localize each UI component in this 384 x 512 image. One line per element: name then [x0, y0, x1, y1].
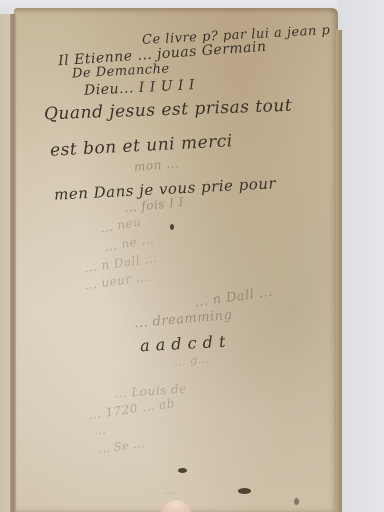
handwritten-line: ... Louis de	[114, 381, 188, 400]
book-gutter	[10, 14, 16, 512]
handwritten-line: ... ne ...	[103, 232, 155, 255]
ink-blot	[238, 488, 251, 494]
handwritten-line: ... 1720 ... ab	[87, 396, 175, 422]
ink-blot	[178, 468, 187, 473]
handwritten-line: ... g...	[173, 352, 210, 369]
background-surface-right	[338, 0, 384, 512]
handwritten-line: ...	[164, 486, 175, 497]
handwritten-line: ... n Dall ...	[193, 285, 273, 311]
handwritten-line: a a d c d t	[140, 332, 227, 355]
handwritten-line: Quand jesus est prisas tout	[44, 96, 293, 125]
ink-blot	[294, 498, 299, 505]
handwritten-line: est bon et uni merci	[50, 131, 234, 161]
handwritten-line: ... dreamming	[134, 308, 233, 332]
handwritten-line: Dieu... I I U I I	[84, 77, 196, 99]
handwritten-line: ...	[93, 423, 107, 438]
page-edge	[336, 30, 342, 512]
ink-blot	[170, 224, 174, 230]
manuscript-page: Ce livre p? par lui a jean p Il Etienne …	[14, 8, 338, 512]
handwritten-line: mon ...	[133, 156, 179, 174]
handwritten-line: ... Se ...	[97, 437, 145, 456]
handwritten-line: ... neu	[99, 215, 142, 236]
